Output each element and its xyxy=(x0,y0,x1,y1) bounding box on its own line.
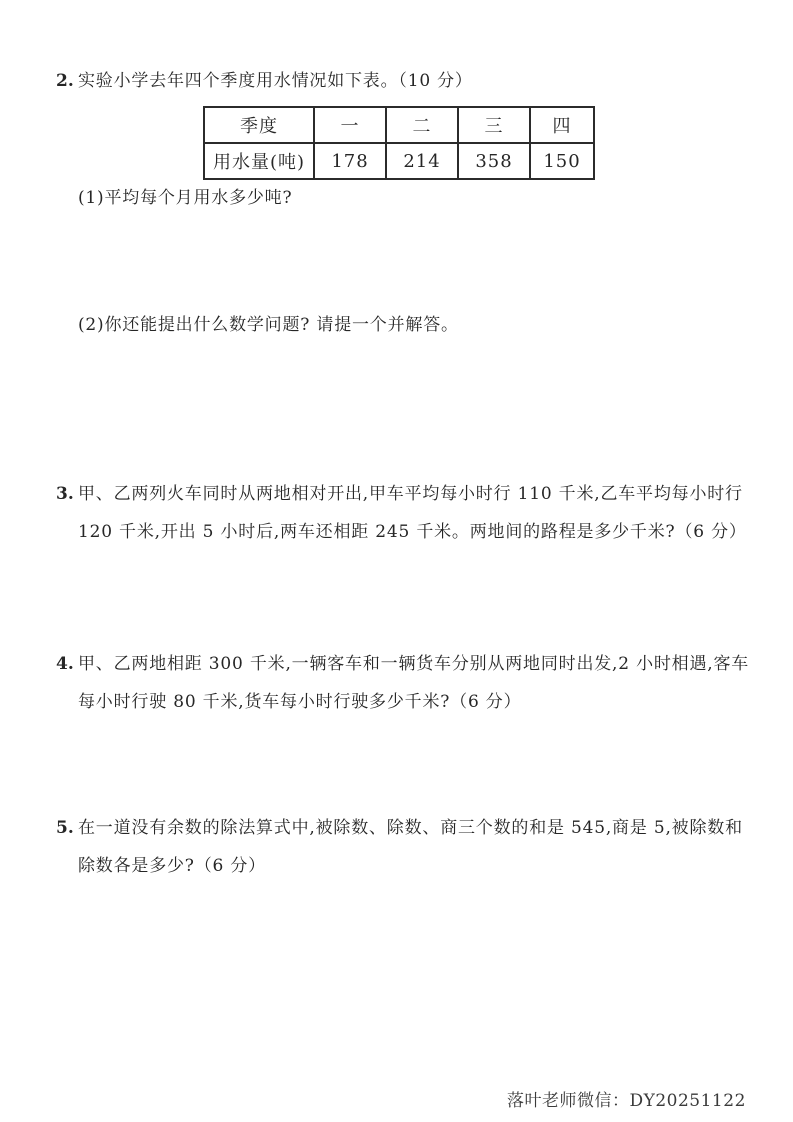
table-cell-q1: 一 xyxy=(314,107,386,143)
table-cell-usage-q1: 178 xyxy=(314,143,386,179)
question-4-text-line-1: 甲、乙两地相距 300 千米,一辆客车和一辆货车分别从两地同时出发,2 小时相遇… xyxy=(78,645,763,683)
table-cell-q3: 三 xyxy=(458,107,530,143)
table-cell-q4: 四 xyxy=(530,107,594,143)
question-4-text-line-2: 每小时行驶 80 千米,货车每小时行驶多少千米?（6 分） xyxy=(78,683,763,721)
question-5-text-line-1: 在一道没有余数的除法算式中,被除数、除数、商三个数的和是 545,商是 5,被除… xyxy=(78,809,763,847)
question-2-text: 实验小学去年四个季度用水情况如下表。（10 分） xyxy=(78,70,763,92)
sub-question-1: (1)平均每个月用水多少吨? xyxy=(78,187,763,209)
table-cell-quarter-label: 季度 xyxy=(204,107,314,143)
table-cell-usage-q3: 358 xyxy=(458,143,530,179)
table-cell-usage-q2: 214 xyxy=(386,143,458,179)
question-5: 5. 在一道没有余数的除法算式中,被除数、除数、商三个数的和是 545,商是 5… xyxy=(56,809,763,885)
question-4-number: 4. xyxy=(56,645,78,721)
question-5-number: 5. xyxy=(56,809,78,885)
question-2-number: 2. xyxy=(56,70,78,336)
question-5-body: 在一道没有余数的除法算式中,被除数、除数、商三个数的和是 545,商是 5,被除… xyxy=(78,809,763,885)
teacher-wechat-watermark: 落叶老师微信：DY20251122 xyxy=(507,1086,746,1111)
table-data-row: 用水量(吨) 178 214 358 150 xyxy=(204,143,594,179)
water-usage-table: 季度 一 二 三 四 用水量(吨) 178 214 358 150 xyxy=(203,106,595,180)
question-4: 4. 甲、乙两地相距 300 千米,一辆客车和一辆货车分别从两地同时出发,2 小… xyxy=(56,645,763,721)
question-5-text-line-2: 除数各是多少?（6 分） xyxy=(78,847,763,885)
table-cell-usage-q4: 150 xyxy=(530,143,594,179)
sub-question-2: (2)你还能提出什么数学问题? 请提一个并解答。 xyxy=(78,314,763,336)
question-3-text-line-2: 120 千米,开出 5 小时后,两车还相距 245 千米。两地间的路程是多少千米… xyxy=(78,513,763,551)
question-3-number: 3. xyxy=(56,475,78,551)
table-cell-q2: 二 xyxy=(386,107,458,143)
worksheet-page: 2. 实验小学去年四个季度用水情况如下表。（10 分） 季度 一 二 三 四 用… xyxy=(0,0,793,1122)
table-header-row: 季度 一 二 三 四 xyxy=(204,107,594,143)
question-3-text-line-1: 甲、乙两列火车同时从两地相对开出,甲车平均每小时行 110 千米,乙车平均每小时… xyxy=(78,475,763,513)
question-3-body: 甲、乙两列火车同时从两地相对开出,甲车平均每小时行 110 千米,乙车平均每小时… xyxy=(78,475,763,551)
question-4-body: 甲、乙两地相距 300 千米,一辆客车和一辆货车分别从两地同时出发,2 小时相遇… xyxy=(78,645,763,721)
question-2: 2. 实验小学去年四个季度用水情况如下表。（10 分） 季度 一 二 三 四 用… xyxy=(56,70,763,336)
table-cell-usage-label: 用水量(吨) xyxy=(204,143,314,179)
question-3: 3. 甲、乙两列火车同时从两地相对开出,甲车平均每小时行 110 千米,乙车平均… xyxy=(56,475,763,551)
question-2-body: 实验小学去年四个季度用水情况如下表。（10 分） 季度 一 二 三 四 用水量(… xyxy=(78,70,763,336)
